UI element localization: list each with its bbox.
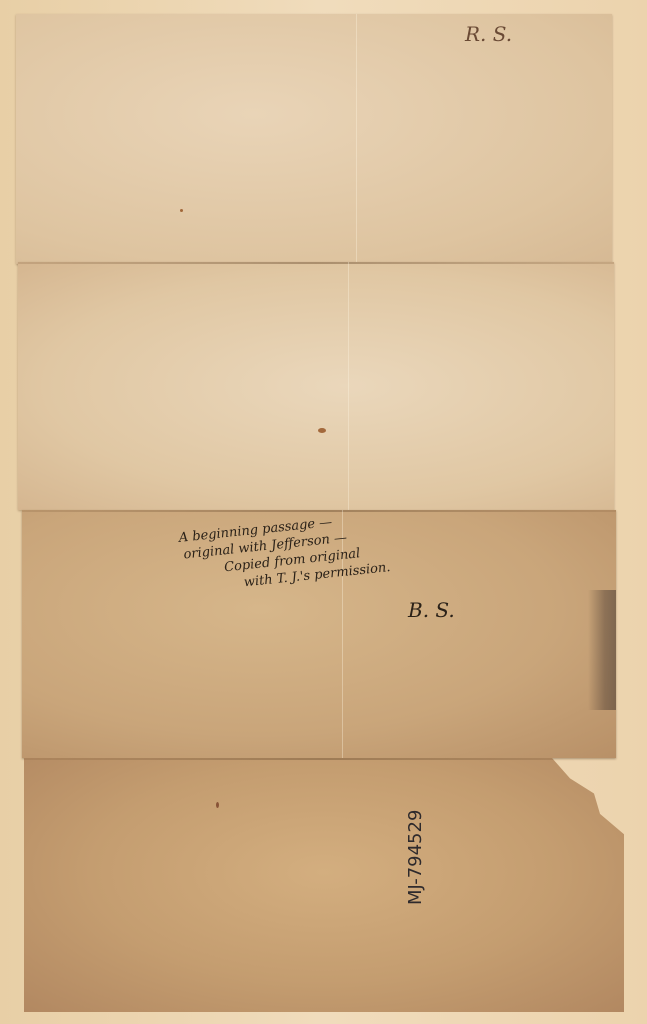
crease	[356, 14, 357, 264]
fold-line	[18, 262, 614, 264]
fold-line	[24, 758, 624, 760]
fold-line	[22, 510, 616, 512]
crease	[348, 262, 349, 510]
ink-spot	[216, 802, 219, 808]
top-initials: R. S.	[465, 22, 512, 46]
signature-initials: B. S.	[408, 598, 455, 622]
manuscript-panel-1	[16, 14, 612, 264]
stain-spot	[318, 428, 326, 433]
ink-spot	[180, 209, 183, 212]
manuscript-panel-4	[24, 758, 624, 1012]
manuscript-panel-2	[18, 262, 614, 510]
catalog-number: MJ-794529	[405, 810, 426, 905]
